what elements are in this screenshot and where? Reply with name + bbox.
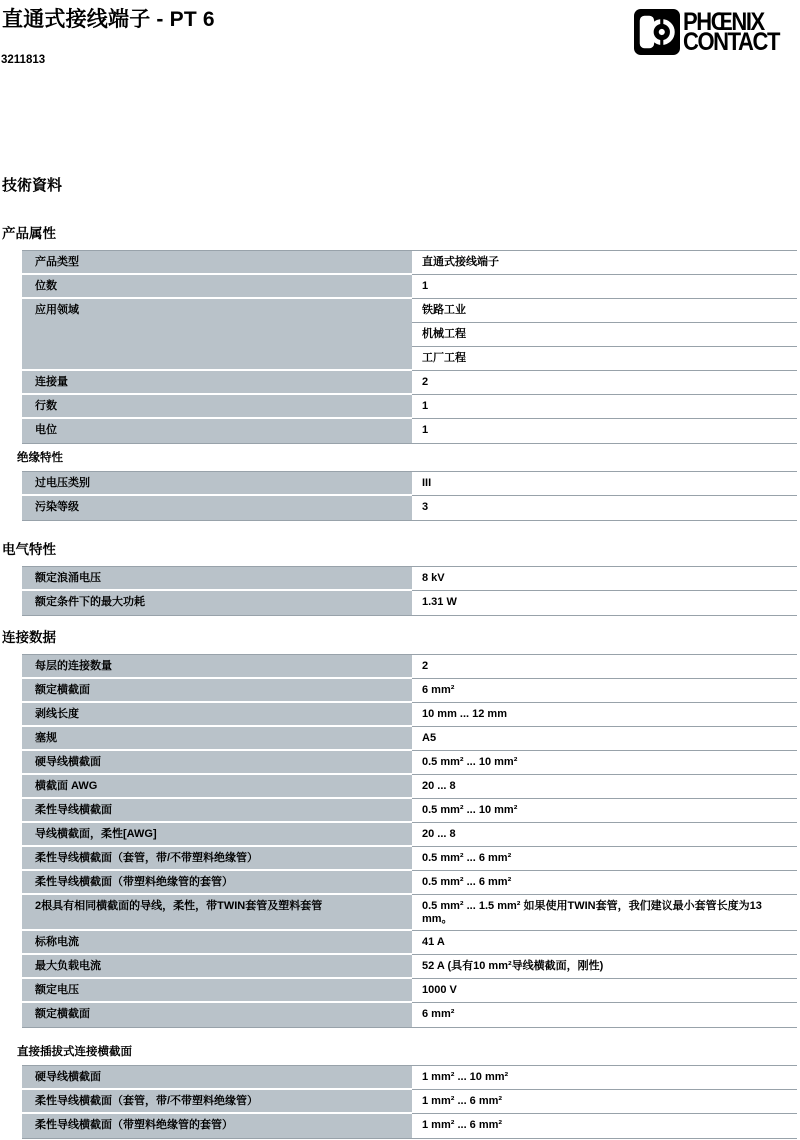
section-electrical: 电气特性 额定浪涌电压8 kV额定条件下的最大功耗1.31 W: [0, 542, 800, 616]
row-value: 41 A: [412, 931, 797, 955]
row-value: 0.5 mm² ... 10 mm²: [412, 799, 797, 823]
table-row: 过电压类别III: [22, 472, 797, 496]
row-value: 1: [412, 275, 797, 299]
table-row: 2根具有相同横截面的导线，柔性，带TWIN套管及塑料套管0.5 mm² ... …: [22, 895, 797, 931]
table-row: 额定电压1000 V: [22, 979, 797, 1003]
row-value: 10 mm ... 12 mm: [412, 703, 797, 727]
row-values: 直通式接线端子: [412, 251, 797, 275]
brand-name-line2: CONTACT: [683, 32, 779, 52]
row-values: 6 mm²: [412, 1003, 797, 1027]
row-label: 位数: [22, 275, 412, 299]
row-value: 0.5 mm² ... 6 mm²: [412, 871, 797, 895]
row-values: 1 mm² ... 6 mm²: [412, 1090, 797, 1114]
row-label: 柔性导线横截面: [22, 799, 412, 823]
table-row: 额定浪涌电压8 kV: [22, 567, 797, 591]
row-values: 8 kV: [412, 567, 797, 591]
table-row: 位数1: [22, 275, 797, 299]
section-heading: 产品属性: [2, 226, 800, 242]
row-value: 直通式接线端子: [412, 251, 797, 275]
table-row: 标称电流41 A: [22, 931, 797, 955]
table-row: 柔性导线横截面（带塑料绝缘管的套管）0.5 mm² ... 6 mm²: [22, 871, 797, 895]
row-label: 额定条件下的最大功耗: [22, 591, 412, 615]
row-label: 连接量: [22, 371, 412, 395]
row-value: 2: [412, 371, 797, 395]
table-row: 最大负载电流52 A (具有10 mm²导线横截面，刚性): [22, 955, 797, 979]
row-values: 41 A: [412, 931, 797, 955]
row-value: 1000 V: [412, 979, 797, 1003]
section-heading: 直接插拔式连接横截面: [17, 1046, 800, 1059]
technical-data-heading: 技術資料: [2, 177, 800, 195]
row-values: 2: [412, 655, 797, 679]
row-label: 过电压类别: [22, 472, 412, 496]
row-label: 额定横截面: [22, 679, 412, 703]
row-value: 3: [412, 496, 797, 520]
row-label: 2根具有相同横截面的导线，柔性，带TWIN套管及塑料套管: [22, 895, 412, 931]
row-values: 1: [412, 419, 797, 443]
section-heading: 连接数据: [2, 630, 800, 646]
section-connection-data: 连接数据 每层的连接数量2额定横截面6 mm²剥线长度10 mm ... 12 …: [0, 630, 800, 1028]
row-value: A5: [412, 727, 797, 751]
row-label: 行数: [22, 395, 412, 419]
row-value: 20 ... 8: [412, 823, 797, 847]
row-values: 铁路工业机械工程工厂工程: [412, 299, 797, 371]
row-label: 额定浪涌电压: [22, 567, 412, 591]
row-value: 0.5 mm² ... 6 mm²: [412, 847, 797, 871]
section-product-properties: 产品属性 产品类型直通式接线端子位数1应用领域铁路工业机械工程工厂工程连接量2行…: [0, 226, 800, 444]
table-row: 柔性导线横截面0.5 mm² ... 10 mm²: [22, 799, 797, 823]
row-label: 电位: [22, 419, 412, 443]
row-values: 0.5 mm² ... 10 mm²: [412, 799, 797, 823]
row-label: 产品类型: [22, 251, 412, 275]
row-label: 每层的连接数量: [22, 655, 412, 679]
section-heading: 电气特性: [2, 542, 800, 558]
row-label: 标称电流: [22, 931, 412, 955]
row-value: 20 ... 8: [412, 775, 797, 799]
row-values: 1: [412, 395, 797, 419]
row-value: 工厂工程: [412, 347, 797, 371]
spec-table: 额定浪涌电压8 kV额定条件下的最大功耗1.31 W: [22, 566, 797, 616]
row-value: 1 mm² ... 10 mm²: [412, 1066, 797, 1090]
row-label: 硬导线横截面: [22, 1066, 412, 1090]
row-label: 塞规: [22, 727, 412, 751]
brand-logo: PHŒNIX CONTACT: [634, 9, 792, 55]
row-value: III: [412, 472, 797, 496]
row-values: 1 mm² ... 6 mm²: [412, 1114, 797, 1138]
product-number: 3211813: [1, 53, 800, 67]
table-row: 额定横截面6 mm²: [22, 679, 797, 703]
row-values: 3: [412, 496, 797, 520]
table-row: 硬导线横截面1 mm² ... 10 mm²: [22, 1066, 797, 1090]
row-value: 1.31 W: [412, 591, 797, 615]
row-value: 1 mm² ... 6 mm²: [412, 1090, 797, 1114]
row-value: 铁路工业: [412, 299, 797, 323]
section-plug-in-cross-section: 直接插拔式连接横截面 硬导线横截面1 mm² ... 10 mm²柔性导线横截面…: [0, 1046, 800, 1139]
brand-name: PHŒNIX CONTACT: [683, 12, 779, 52]
spec-table: 过电压类别III污染等级3: [22, 471, 797, 521]
table-row: 电位1: [22, 419, 797, 443]
row-values: 20 ... 8: [412, 823, 797, 847]
row-label: 柔性导线横截面（带塑料绝缘管的套管）: [22, 1114, 412, 1138]
row-label: 横截面 AWG: [22, 775, 412, 799]
row-value: 1 mm² ... 6 mm²: [412, 1114, 797, 1138]
row-label: 应用领域: [22, 299, 412, 371]
row-value: 0.5 mm² ... 10 mm²: [412, 751, 797, 775]
table-row: 污染等级3: [22, 496, 797, 520]
table-row: 柔性导线横截面（套管，带/不带塑料绝缘管）1 mm² ... 6 mm²: [22, 1090, 797, 1114]
row-label: 额定横截面: [22, 1003, 412, 1027]
row-value: 52 A (具有10 mm²导线横截面，刚性): [412, 955, 797, 979]
row-value: 0.5 mm² ... 1.5 mm² 如果使用TWIN套管，我们建议最小套管长…: [412, 895, 797, 931]
table-row: 应用领域铁路工业机械工程工厂工程: [22, 299, 797, 371]
row-label: 剥线长度: [22, 703, 412, 727]
table-row: 柔性导线横截面（套管，带/不带塑料绝缘管）0.5 mm² ... 6 mm²: [22, 847, 797, 871]
row-label: 硬导线横截面: [22, 751, 412, 775]
row-values: 1 mm² ... 10 mm²: [412, 1066, 797, 1090]
row-values: III: [412, 472, 797, 496]
spec-table: 产品类型直通式接线端子位数1应用领域铁路工业机械工程工厂工程连接量2行数1电位1: [22, 250, 797, 444]
row-label: 导线横截面，柔性[AWG]: [22, 823, 412, 847]
row-values: 0.5 mm² ... 1.5 mm² 如果使用TWIN套管，我们建议最小套管长…: [412, 895, 797, 931]
row-values: 6 mm²: [412, 679, 797, 703]
table-row: 连接量2: [22, 371, 797, 395]
row-values: 52 A (具有10 mm²导线横截面，刚性): [412, 955, 797, 979]
table-row: 塞规A5: [22, 727, 797, 751]
row-label: 最大负载电流: [22, 955, 412, 979]
table-row: 柔性导线横截面（带塑料绝缘管的套管）1 mm² ... 6 mm²: [22, 1114, 797, 1138]
row-label: 污染等级: [22, 496, 412, 520]
table-row: 额定横截面6 mm²: [22, 1003, 797, 1027]
row-values: 1: [412, 275, 797, 299]
table-row: 剥线长度10 mm ... 12 mm: [22, 703, 797, 727]
row-label: 柔性导线横截面（套管，带/不带塑料绝缘管）: [22, 1090, 412, 1114]
table-row: 行数1: [22, 395, 797, 419]
row-label: 柔性导线横截面（带塑料绝缘管的套管）: [22, 871, 412, 895]
row-values: 10 mm ... 12 mm: [412, 703, 797, 727]
row-value: 1: [412, 395, 797, 419]
row-values: 0.5 mm² ... 6 mm²: [412, 847, 797, 871]
table-row: 导线横截面，柔性[AWG]20 ... 8: [22, 823, 797, 847]
table-row: 横截面 AWG20 ... 8: [22, 775, 797, 799]
row-value: 6 mm²: [412, 1003, 797, 1027]
row-values: 20 ... 8: [412, 775, 797, 799]
table-row: 硬导线横截面0.5 mm² ... 10 mm²: [22, 751, 797, 775]
row-values: 0.5 mm² ... 10 mm²: [412, 751, 797, 775]
row-values: 1000 V: [412, 979, 797, 1003]
table-row: 产品类型直通式接线端子: [22, 251, 797, 275]
row-value: 6 mm²: [412, 679, 797, 703]
row-values: A5: [412, 727, 797, 751]
row-value: 1: [412, 419, 797, 443]
table-row: 每层的连接数量2: [22, 655, 797, 679]
row-value: 8 kV: [412, 567, 797, 591]
row-value: 2: [412, 655, 797, 679]
section-insulation: 绝缘特性 过电压类别III污染等级3: [0, 452, 800, 521]
phoenix-logo-icon: [634, 9, 680, 55]
row-label: 柔性导线横截面（套管，带/不带塑料绝缘管）: [22, 847, 412, 871]
spec-table: 硬导线横截面1 mm² ... 10 mm²柔性导线横截面（套管，带/不带塑料绝…: [22, 1065, 797, 1139]
table-row: 额定条件下的最大功耗1.31 W: [22, 591, 797, 615]
row-label: 额定电压: [22, 979, 412, 1003]
row-values: 1.31 W: [412, 591, 797, 615]
row-values: 2: [412, 371, 797, 395]
spec-table: 每层的连接数量2额定横截面6 mm²剥线长度10 mm ... 12 mm塞规A…: [22, 654, 797, 1028]
row-value: 机械工程: [412, 323, 797, 347]
section-heading: 绝缘特性: [17, 452, 800, 465]
row-values: 0.5 mm² ... 6 mm²: [412, 871, 797, 895]
